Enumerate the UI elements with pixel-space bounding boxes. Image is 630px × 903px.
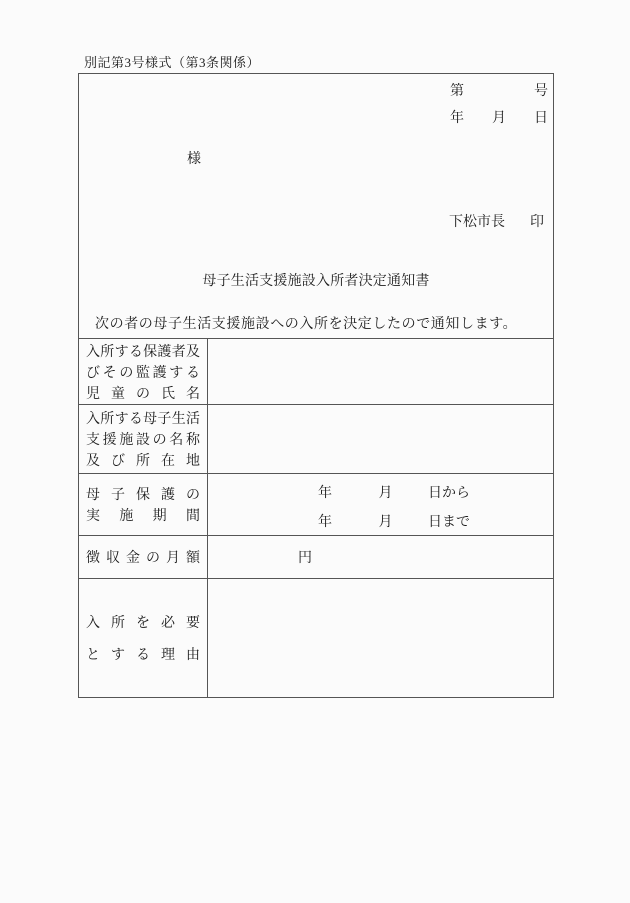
issuer-line: 下松市長 印 [449,211,544,231]
label-protection-period: 母子保護の 実施期間 [79,474,208,535]
document-frame: 第 号 年 月 日 様 下松市長 印 母子生活支援施設入所者決定通知書 次の者の… [78,73,554,698]
period-to-line: 年 月 日まで [318,511,553,531]
period-from-month: 月 [379,482,393,502]
value-admission-reason [208,579,553,697]
value-guardian-child-name [208,339,553,404]
doc-number-prefix: 第 [450,80,464,100]
label-monthly-levy: 徴収金の月額 [79,536,208,578]
issue-date-year: 年 [450,107,464,127]
label-facility-name-address: 入所する母子生活 支援施設の名称 及び所在地 [79,405,208,473]
label-line: 及び所在地 [86,450,200,471]
value-protection-period: 年 月 日から 年 月 日まで [208,474,553,535]
period-to-day: 日まで [428,511,470,531]
yen-unit-label: 円 [298,547,312,567]
period-from-line: 年 月 日から [318,482,553,502]
table-row-monthly-levy: 徴収金の月額 円 [79,536,553,579]
value-facility-name-address [208,405,553,473]
label-line: 支援施設の名称 [86,429,200,450]
label-line: 入所する保護者及 [86,340,200,361]
form-style-label: 別記第3号様式（第3条関係） [84,52,260,71]
period-to-month: 月 [379,511,393,531]
label-line: 児童の氏名 [86,382,200,403]
label-line: 入所を必要 [86,606,200,638]
issue-date-day: 日 [534,107,548,127]
period-from-day: 日から [428,482,470,502]
label-line: 徴収金の月額 [86,547,200,568]
doc-number-suffix: 号 [534,80,548,100]
table-row-protection-period: 母子保護の 実施期間 年 月 日から 年 月 日まで [79,474,553,536]
label-line: 実施期間 [86,505,200,526]
label-line: 母子保護の [86,484,200,505]
table-row-facility-name-address: 入所する母子生活 支援施設の名称 及び所在地 [79,405,553,474]
intro-sentence: 次の者の母子生活支援施設への入所を決定したので通知します。 [95,313,517,333]
period-to-year: 年 [318,511,332,531]
doc-number-line: 第 号 [450,80,548,100]
label-line: びその監護する [86,361,200,382]
label-admission-reason: 入所を必要 とする理由 [79,579,208,697]
issue-date-line: 年 月 日 [450,107,548,127]
addressee-suffix: 様 [187,148,201,168]
table-row-guardian-child-name: 入所する保護者及 びその監護する 児童の氏名 [79,339,553,405]
label-line: とする理由 [86,638,200,670]
label-line: 入所する母子生活 [86,408,200,429]
table-row-admission-reason: 入所を必要 とする理由 [79,579,553,697]
issuer-seal-mark: 印 [530,211,544,231]
issuer-name: 下松市長 [449,211,505,231]
period-from-year: 年 [318,482,332,502]
label-guardian-child-name: 入所する保護者及 びその監護する 児童の氏名 [79,339,208,404]
value-monthly-levy: 円 [208,536,553,578]
document-page: 別記第3号様式（第3条関係） 第 号 年 月 日 様 下松市長 印 母子生活支援… [0,0,630,903]
document-title: 母子生活支援施設入所者決定通知書 [79,270,553,290]
issue-date-month: 月 [492,107,506,127]
notice-table: 入所する保護者及 びその監護する 児童の氏名 入所する母子生活 支援施設の名称 … [79,338,553,697]
